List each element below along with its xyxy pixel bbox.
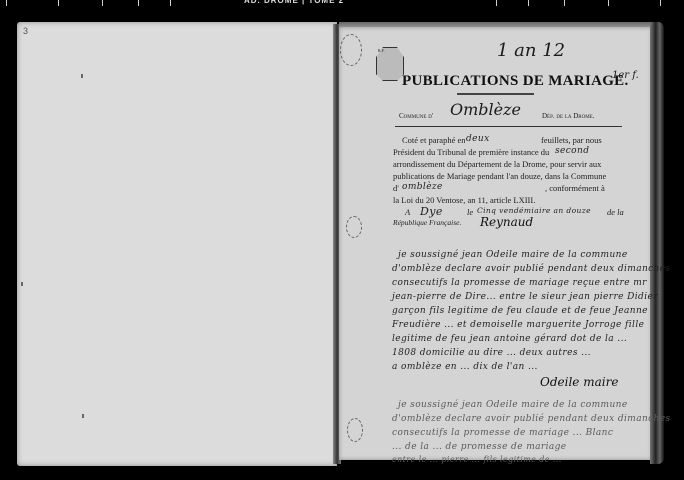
entry1-line: garçon fils legitime de feu claude et de… bbox=[392, 306, 648, 316]
ruler-tick bbox=[564, 0, 565, 6]
stain-mark bbox=[347, 418, 363, 442]
entry1-line: d'omblèze declare avoir publié pendant d… bbox=[392, 264, 671, 274]
para-line-6-printed: la Loi du 20 Ventose, an 11, article LXI… bbox=[393, 195, 535, 205]
stain-mark bbox=[346, 216, 362, 238]
date-suffix: de la bbox=[607, 207, 624, 217]
para-line-5-printed: d' bbox=[393, 183, 399, 193]
commune-label: Commune d' bbox=[399, 112, 433, 120]
para-line-4-printed: publications de Mariage pendant l'an dou… bbox=[393, 171, 606, 181]
entry2-line: je soussigné jean Odeile maire de la com… bbox=[398, 400, 628, 410]
ruler-tick bbox=[660, 0, 661, 6]
para-line-3-printed: arrondissement du Département de la Drom… bbox=[393, 159, 601, 169]
para-line-2-handwritten: second bbox=[555, 146, 589, 156]
header-label: AD. DROME | TOME 2 bbox=[244, 0, 344, 5]
entry2-line: entre le ... pierre ... fils legitime de… bbox=[392, 455, 562, 464]
ruler-tick bbox=[608, 0, 609, 6]
para-line-5-printed-after: , conformément à bbox=[545, 183, 605, 193]
paper-speck bbox=[82, 414, 84, 418]
page-stack-edge bbox=[650, 22, 664, 464]
mayor-signature: Odeile maire bbox=[540, 375, 618, 389]
entry2-line: d'omblèze declare avoir publié pendant d… bbox=[392, 414, 671, 424]
republic-label: République Française. bbox=[393, 218, 461, 227]
ruler-tick bbox=[496, 0, 497, 6]
entry1-line: Freudière ... et demoiselle marguerite J… bbox=[392, 320, 644, 330]
para-line-2-printed: Président du Tribunal de première instan… bbox=[393, 147, 549, 157]
stain-mark bbox=[340, 34, 362, 66]
right-page bbox=[339, 27, 652, 460]
ruler-tick bbox=[58, 0, 59, 6]
ruler-tick bbox=[170, 0, 171, 6]
seal-label: R.F. bbox=[378, 48, 385, 53]
paper-speck bbox=[21, 282, 23, 286]
para-line-1-printed-after: feuillets, par nous bbox=[541, 135, 602, 145]
entry1-line: legitime de feu jean antoine gérard dot … bbox=[392, 334, 627, 344]
entry1-line: jean-pierre de Dire... entre le sieur je… bbox=[392, 292, 658, 302]
para-line-1-printed: Coté et paraphé en bbox=[402, 135, 465, 145]
department-label: Dép. de la Drome. bbox=[542, 112, 594, 120]
date-handwritten: Cinq vendémiaire an douze bbox=[477, 206, 591, 215]
ruler-tick bbox=[102, 0, 103, 6]
header-strip: AD. DROME | TOME 2 bbox=[0, 0, 684, 8]
president-signature: Reynaud bbox=[480, 215, 533, 229]
ruler-tick bbox=[138, 0, 139, 6]
title-rule bbox=[457, 93, 534, 95]
annotation-year: 1 an 12 bbox=[497, 40, 565, 61]
place-value: Dye bbox=[420, 205, 443, 218]
paper-speck bbox=[81, 74, 83, 78]
date-prefix: le bbox=[467, 207, 473, 217]
place-prefix: A bbox=[405, 207, 410, 217]
ruler-tick bbox=[6, 0, 7, 6]
para-line-5-handwritten: omblèze bbox=[402, 182, 443, 192]
entry2-line: ... de la ... de promesse de mariage bbox=[392, 442, 567, 452]
ruler-tick bbox=[528, 0, 529, 6]
entry1-line: consecutifs la promesse de mariage reçue… bbox=[392, 278, 647, 288]
commune-rule bbox=[395, 126, 622, 127]
entry2-line: consecutifs la promesse de mariage ... B… bbox=[392, 428, 613, 438]
page-title: PUBLICATIONS DE MARIAGE. bbox=[402, 73, 629, 90]
entry1-line: je soussigné jean Odeile maire de la com… bbox=[398, 250, 628, 260]
left-page: 3 bbox=[17, 22, 337, 466]
entry1-line: 1808 domicilie au dire ... deux autres .… bbox=[392, 348, 591, 358]
commune-value: Omblèze bbox=[450, 100, 521, 119]
entry1-line: a omblèze en ... dix de l'an ... bbox=[392, 362, 538, 372]
page-corner-mark: 3 bbox=[23, 26, 28, 36]
para-line-1-handwritten: deux bbox=[466, 134, 490, 144]
